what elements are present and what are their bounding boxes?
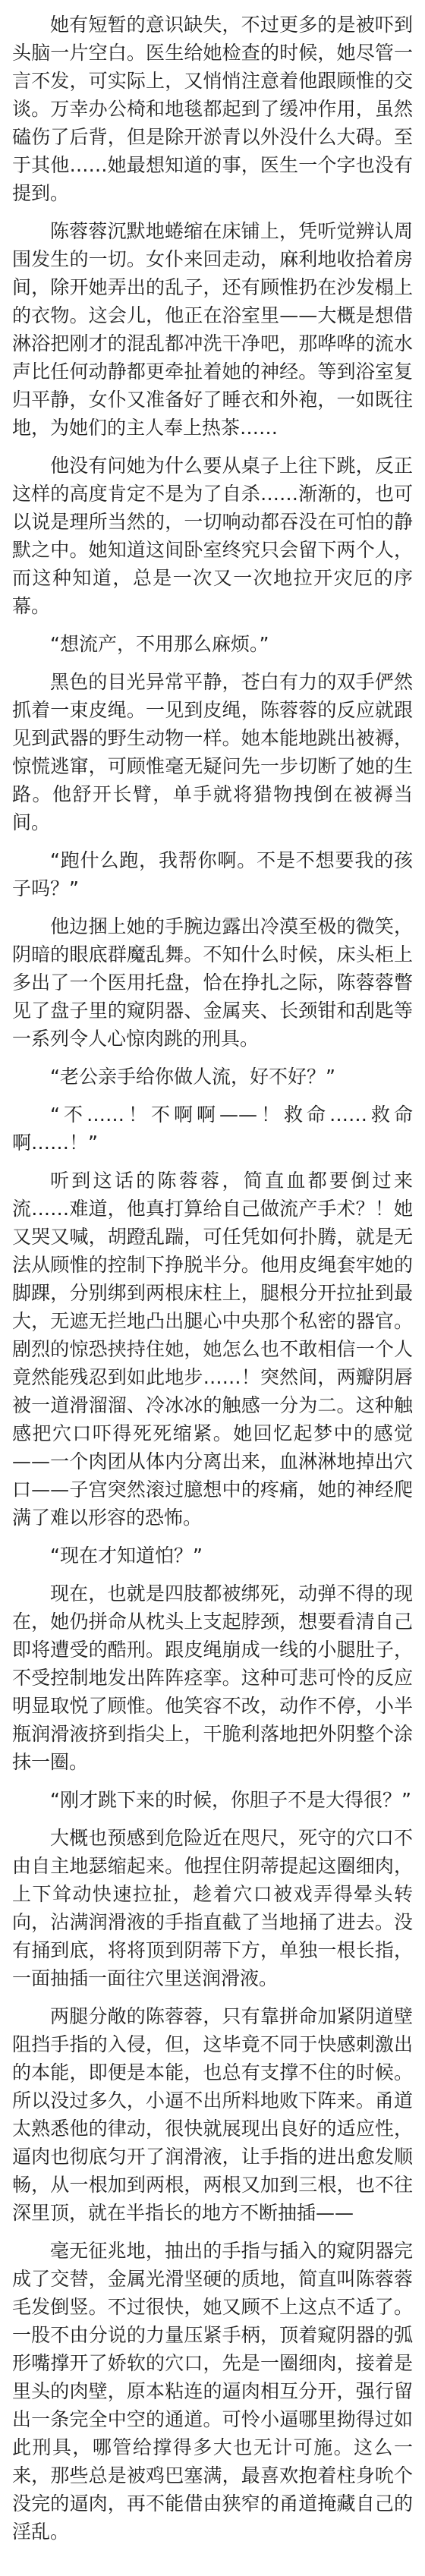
paragraph: 她有短暂的意识缺失，不过更多的是被吓到头脑一片空白。医生给她检查的时候，她尽管一… (12, 11, 413, 207)
dialogue-paragraph: “跑什么跑，我帮你啊。不是不想要我的孩子吗？” (12, 846, 413, 902)
paragraph: 两腿分敞的陈蓉蓉，只有靠拼命加紧阴道壁阻挡手指的入侵，但，这毕竟不同于快感刺激出… (12, 2002, 413, 2227)
dialogue-paragraph: “想流产，不用那么麻烦。” (12, 630, 413, 658)
dialogue-paragraph: “老公亲手给你做人流，好不好？” (12, 1063, 413, 1091)
dialogue-paragraph: “现在才知道怕？” (12, 1542, 413, 1570)
paragraph: 毫无征兆地，抽出的手指与插入的窥阴器完成了交替，金属光滑坚硬的质地，简直叫陈蓉蓉… (12, 2237, 413, 2546)
paragraph: 听到这话的陈蓉蓉，简直血都要倒过来流……难道，他真打算给自己做流产手术？！她又哭… (12, 1167, 413, 1532)
reader-content: 她有短暂的意识缺失，不过更多的是被吓到头脑一片空白。医生给她检查的时候，她尽管一… (0, 0, 425, 2576)
paragraph: 现在，也就是四肢都被绑死，动弹不得的现在，她仍拼命从枕头上支起脖颈，想要看清自己… (12, 1579, 413, 1776)
paragraph: 黑色的目光异常平静，苍白有力的双手俨然抓着一束皮绳。一见到皮绳，陈蓉蓉的反应就跟… (12, 668, 413, 836)
paragraph: 大概也预感到危险近在咫尺，死守的穴口不由自主地瑟缩起来。他捏住阴蒂提起这圈细肉，… (12, 1824, 413, 1992)
paragraph: 陈蓉蓉沉默地蜷缩在床铺上，凭听觉辨认周围发生的一切。女仆来回走动，麻利地收拾着房… (12, 217, 413, 442)
paragraph: 他没有问她为什么要从桌子上往下跳，反正这样的高度肯定不是为了自杀……渐渐的，也可… (12, 452, 413, 620)
dialogue-paragraph: “刚才跳下来的时候，你胆子不是大得很？” (12, 1786, 413, 1814)
paragraph: 他边捆上她的手腕边露出冷漠至极的微笑，阴暗的眼底群魔乱舞。不知什么时候，床头柜上… (12, 912, 413, 1053)
dialogue-paragraph: “不……！不啊啊——！救命……救命啊……！” (12, 1101, 413, 1157)
